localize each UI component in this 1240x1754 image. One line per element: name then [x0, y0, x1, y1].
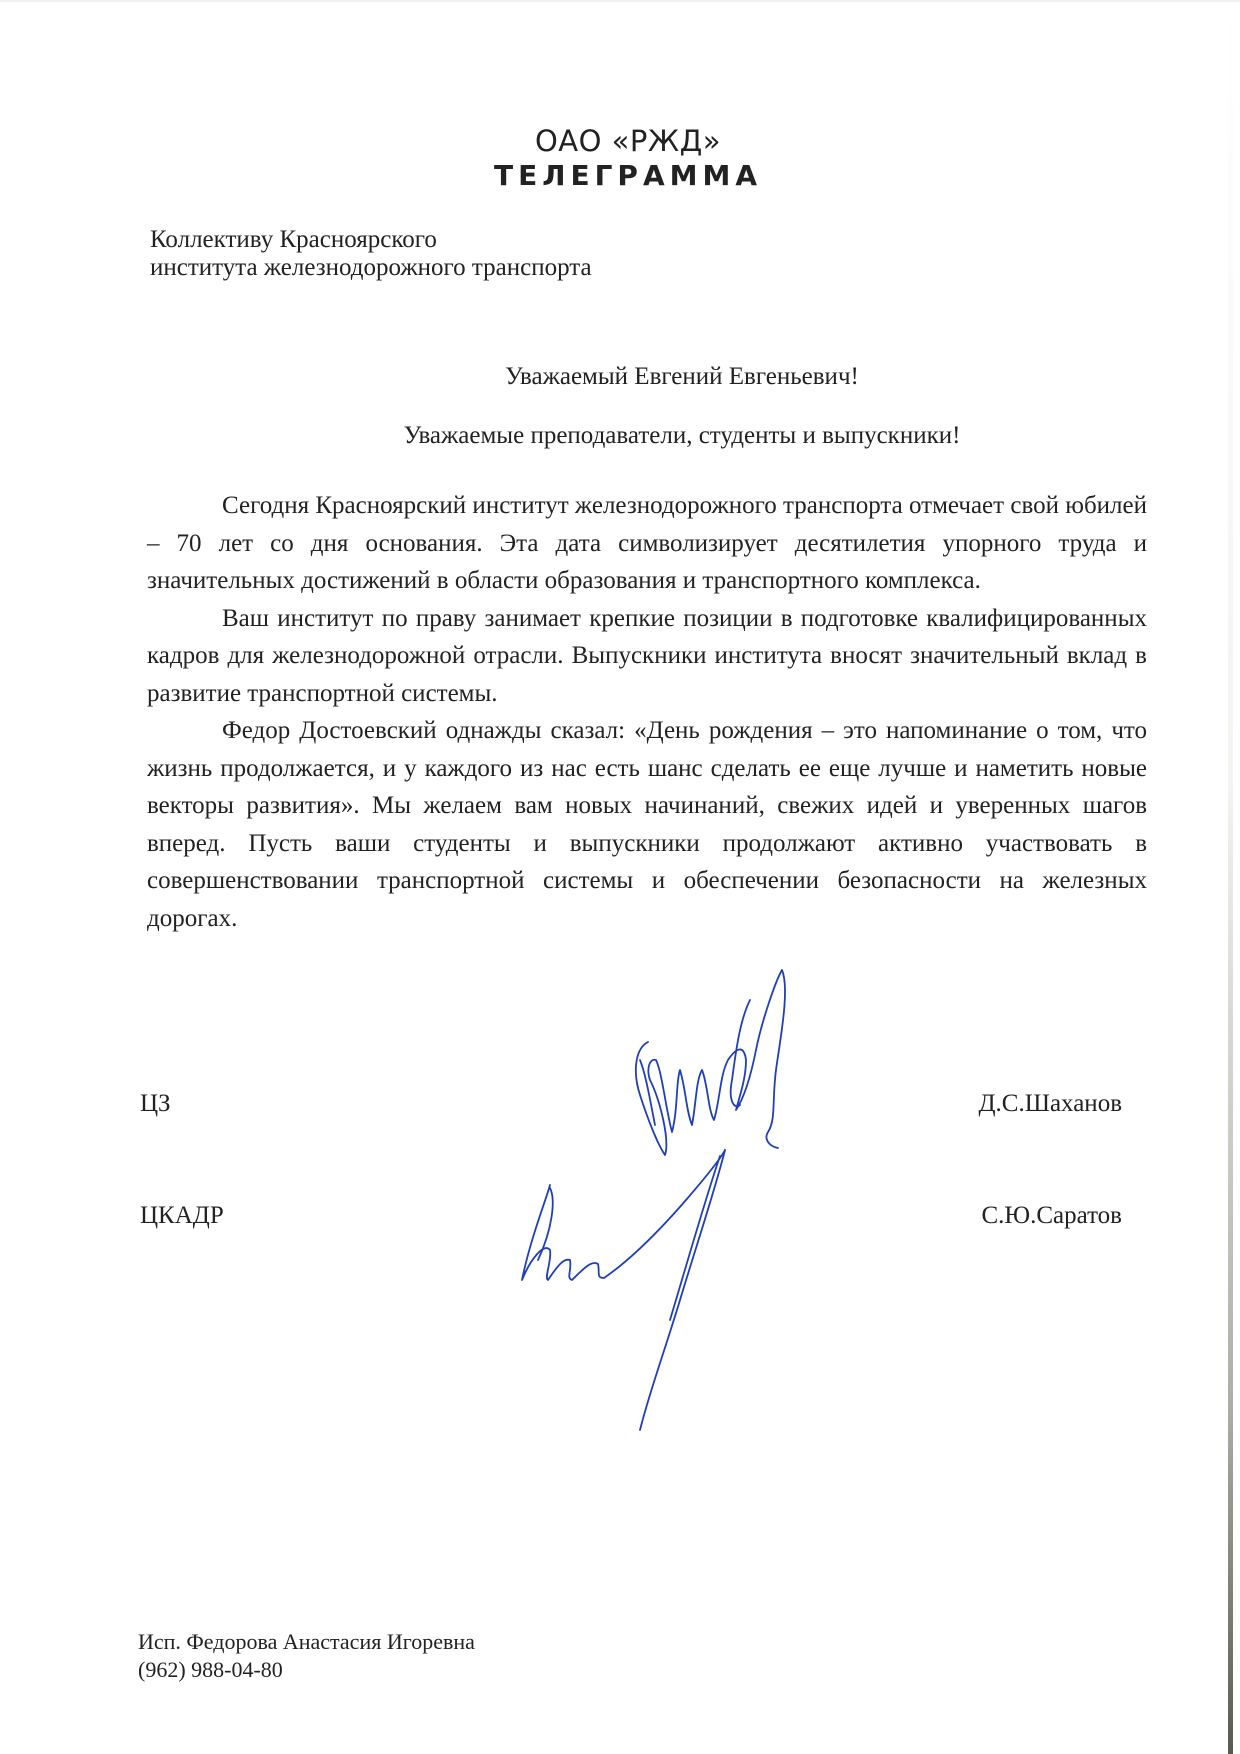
addressee-block: Коллективу Красноярского института желез…	[150, 226, 592, 282]
body-paragraph: Ваш институт по праву занимает крепкие п…	[147, 600, 1147, 713]
company-name: ОАО «РЖД»	[8, 124, 1240, 158]
scan-shadow-edge	[1228, 0, 1233, 1754]
handwritten-signatures	[500, 960, 820, 1440]
signatory-department: ЦКАДР	[140, 1202, 224, 1230]
executor-name: Исп. Федорова Анастасия Игоревна	[138, 1628, 475, 1656]
greeting-personal: Уважаемый Евгений Евгеньевич!	[62, 363, 1240, 391]
letter-body: Сегодня Красноярский институт железнодор…	[147, 487, 1147, 937]
signatory-row: ЦКАДР С.Ю.Саратов	[140, 1202, 1122, 1232]
signature-strokes-icon	[500, 960, 820, 1440]
document-type-title: ТЕЛЕГРАММА	[8, 159, 1240, 192]
executor-phone: (962) 988-04-80	[138, 1656, 475, 1684]
signatory-department: ЦЗ	[140, 1090, 171, 1118]
scan-top-edge	[0, 0, 1240, 2]
signatory-name: С.Ю.Саратов	[982, 1202, 1123, 1230]
greeting-collective: Уважаемые преподаватели, студенты и выпу…	[62, 422, 1240, 450]
signatory-name: Д.С.Шаханов	[979, 1090, 1123, 1118]
body-paragraph: Сегодня Красноярский институт железнодор…	[147, 487, 1147, 600]
addressee-line-2: института железнодорожного транспорта	[150, 254, 592, 282]
body-paragraph: Федор Достоевский однажды сказал: «День …	[147, 712, 1147, 937]
signatory-row: ЦЗ Д.С.Шаханов	[140, 1090, 1122, 1120]
addressee-line-1: Коллективу Красноярского	[150, 226, 592, 254]
executor-block: Исп. Федорова Анастасия Игоревна (962) 9…	[138, 1628, 475, 1684]
telegram-page: ОАО «РЖД» ТЕЛЕГРАММА Коллективу Краснояр…	[0, 0, 1240, 1754]
